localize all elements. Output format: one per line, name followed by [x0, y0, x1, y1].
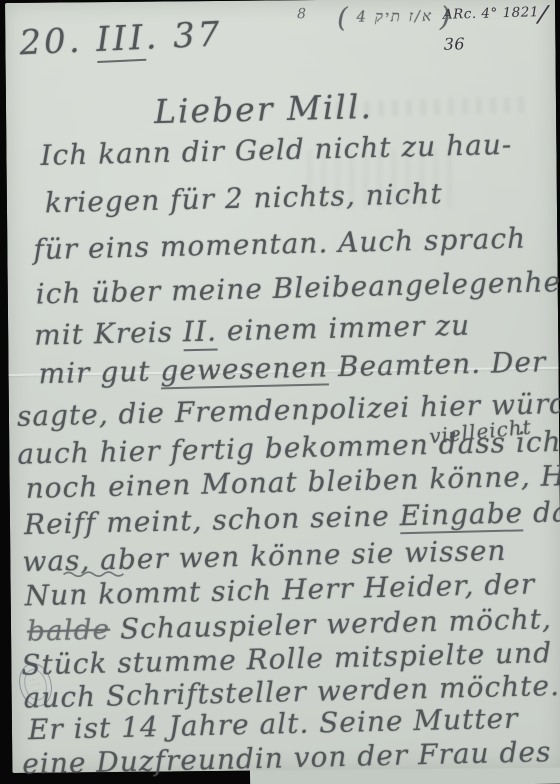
date-day: 20. [19, 21, 84, 64]
archive-prefix: ARc. 4° [443, 5, 498, 22]
handwritten-line: für eins momentan. Auch sprach [33, 225, 526, 265]
line-segment: mir gut [38, 354, 161, 390]
line-segment: Reiff meint, schon seine [24, 499, 400, 541]
note-digit: 4 [356, 8, 368, 26]
salutation: Lieber Mill. [154, 90, 374, 128]
note-word: תיק [375, 7, 402, 25]
handwritten-line: mir gut gewesenen Beamten. Der [38, 348, 546, 388]
hebrew-archive-note: ( 4 א/ז תיק ) [337, 2, 452, 34]
handwritten-line: kriegen für 2 nichts, nicht [45, 180, 443, 217]
underlined-roman-numeral: II. [183, 314, 218, 351]
line-segment: einem immer zu [217, 309, 471, 348]
page-number: 8 [297, 6, 306, 22]
library-stamp-text: ····· ······ ····· [21, 666, 50, 703]
underlined-word: Eingabe [399, 496, 523, 534]
line-segment: Beamten. Der [328, 345, 547, 383]
archive-main: 1821 [502, 4, 539, 21]
line-segment: dauert [523, 494, 560, 530]
handwritten-line: ich über meine Bleibeangelegenheit [35, 268, 560, 309]
letter-date: 20. III. 37 [19, 17, 223, 60]
underlined-word: gewesenen [160, 350, 328, 389]
struck-out-word: balde [27, 613, 111, 648]
date-year: . 37 [145, 14, 224, 57]
stamp-dots: ····· [32, 686, 42, 693]
letter-page: 8 ( 4 א/ז תיק ) ARc. 4° 1821/36 20. III.… [5, 0, 560, 773]
archive-slash: / [537, 0, 549, 28]
handwritten-line: Reiff meint, schon seine Eingabe dauert [24, 497, 560, 539]
archive-number: ARc. 4° 1821/36 [443, 0, 556, 54]
archive-denominator: 36 [443, 34, 465, 54]
note-paren-open: ( [337, 3, 350, 34]
note-word: א/ז [409, 7, 433, 25]
date-month-roman: III [95, 18, 146, 63]
handwritten-line: mit Kreis II. einem immer zu [34, 312, 471, 350]
line-segment: mit Kreis [34, 315, 184, 351]
